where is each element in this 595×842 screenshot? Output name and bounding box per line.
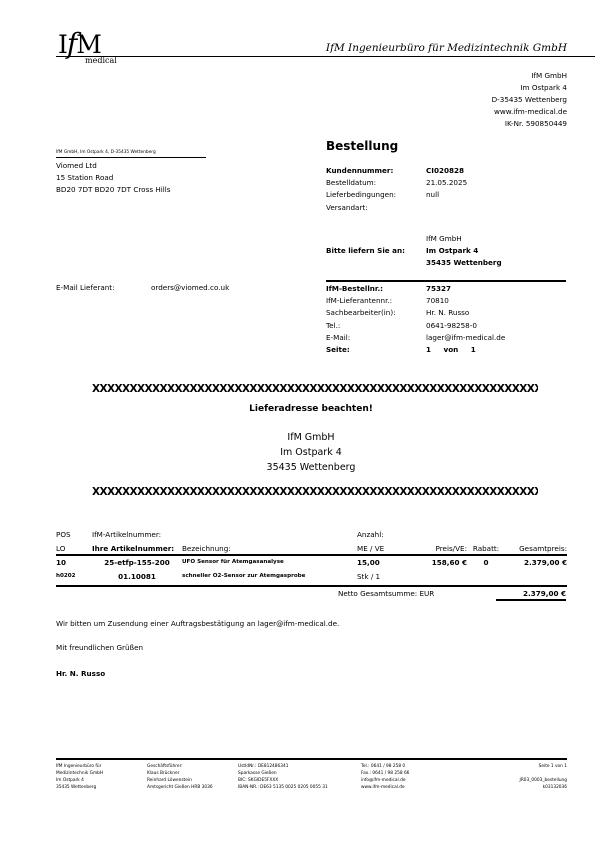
company-title: IfM Ingenieurbüro für Medizintechnik Gmb… [326, 42, 567, 54]
footer-company: IfM Ingenieurbüro fürMedizintechnik GmbH… [56, 763, 103, 791]
field-shipping-method: Versandart: [326, 202, 467, 214]
confirmation-request: Wir bitten um Zusendung einer Auftragsbe… [56, 619, 339, 628]
field-order-date: Bestelldatum:21.05.2025 [326, 177, 467, 189]
footer-divider [56, 758, 567, 760]
logo-subtitle: medical [85, 56, 117, 66]
table-header-row-2: LO Ihre Artikelnummer: Bezeichnung: ME /… [56, 541, 567, 555]
banner-stripe-top: XXXXXXXXXXXXXXXXXXXXXXXXXXXXXXXXXXXXXXXX… [92, 383, 538, 395]
sender-return-address: IfM GmbH, Im Ostpark 4, D-35435 Wettenbe… [56, 150, 156, 156]
closing-greeting: Mit freundlichen Grüßen [56, 643, 143, 652]
order-fields: Kundennummer:CI020828 Bestelldatum:21.05… [326, 165, 467, 214]
website-link[interactable]: www.ifm-medical.de [407, 106, 567, 118]
info-page: Seite:1 von 1 [326, 344, 505, 356]
document-title: Bestellung [326, 139, 398, 153]
field-delivery-terms: Lieferbedingungen:null [326, 189, 467, 201]
field-customer-number: Kundennummer:CI020828 [326, 165, 467, 177]
info-email: E-Mail:lager@ifm-medical.de [326, 332, 505, 344]
footer-contact: Tel.: 0641 / 98 258 0Fax.: 0641 / 98 258… [361, 763, 409, 791]
sender-divider [56, 157, 206, 158]
info-clerk: Sachbearbeiter(in):Hr. N. Russo [326, 307, 505, 319]
info-phone: Tel.:0641-98258-0 [326, 320, 505, 332]
net-total-value: 2.379,00 € [523, 589, 566, 598]
supplier-email: E-Mail Lieferant: orders@viomed.co.uk [56, 283, 229, 292]
footer-page-info: Seite 1 von 1 JR03_0003_bestellungk03132… [520, 763, 567, 791]
footer-bank: UstIdNr.: DE812486341Sparkasse GießenBIC… [238, 763, 328, 791]
banner-stripe-bottom: XXXXXXXXXXXXXXXXXXXXXXXXXXXXXXXXXXXXXXXX… [92, 486, 538, 498]
info-order-number: IfM-Bestellnr.:75327 [326, 283, 505, 295]
recipient-address: Viomed Ltd 15 Station Road BD20 7DT BD20… [56, 160, 170, 197]
footer-management: Geschäftsführer:Klaus BrücknerReinhard L… [147, 763, 213, 791]
net-total-label: Netto Gesamtsumme: EUR [338, 589, 434, 598]
company-logo: IfM [58, 30, 101, 59]
order-info: IfM-Bestellnr.:75327 IfM-Lieferantennr.:… [326, 283, 505, 356]
deliver-to: IfM GmbH Bitte liefern Sie an:Im Ostpark… [326, 233, 502, 270]
header-divider [56, 56, 595, 57]
supplier-email-link[interactable]: orders@viomed.co.uk [151, 283, 229, 292]
table-row-detail: h0202 01.10081 schneller O2-Sensor zur A… [56, 569, 567, 583]
delivery-address: IfM GmbH Im Ostpark 4 35435 Wettenberg [56, 430, 566, 475]
delivery-notice: Lieferadresse beachten! [56, 404, 566, 414]
info-supplier-number: IfM-Lieferantennr.:70810 [326, 295, 505, 307]
table-row: 10 25-etfp-155-200 UFO Sensor für Atemga… [56, 555, 567, 569]
table-footer-divider [56, 585, 567, 587]
company-address: IfM GmbH Im Ostpark 4 D-35435 Wettenberg… [407, 70, 567, 130]
net-total-underline [496, 599, 566, 601]
table-header-divider [56, 554, 567, 556]
table-header-row-1: POS IfM-Artikelnummer: Anzahl: [56, 527, 567, 541]
info-divider [326, 280, 566, 282]
signature: Hr. N. Russo [56, 669, 105, 678]
